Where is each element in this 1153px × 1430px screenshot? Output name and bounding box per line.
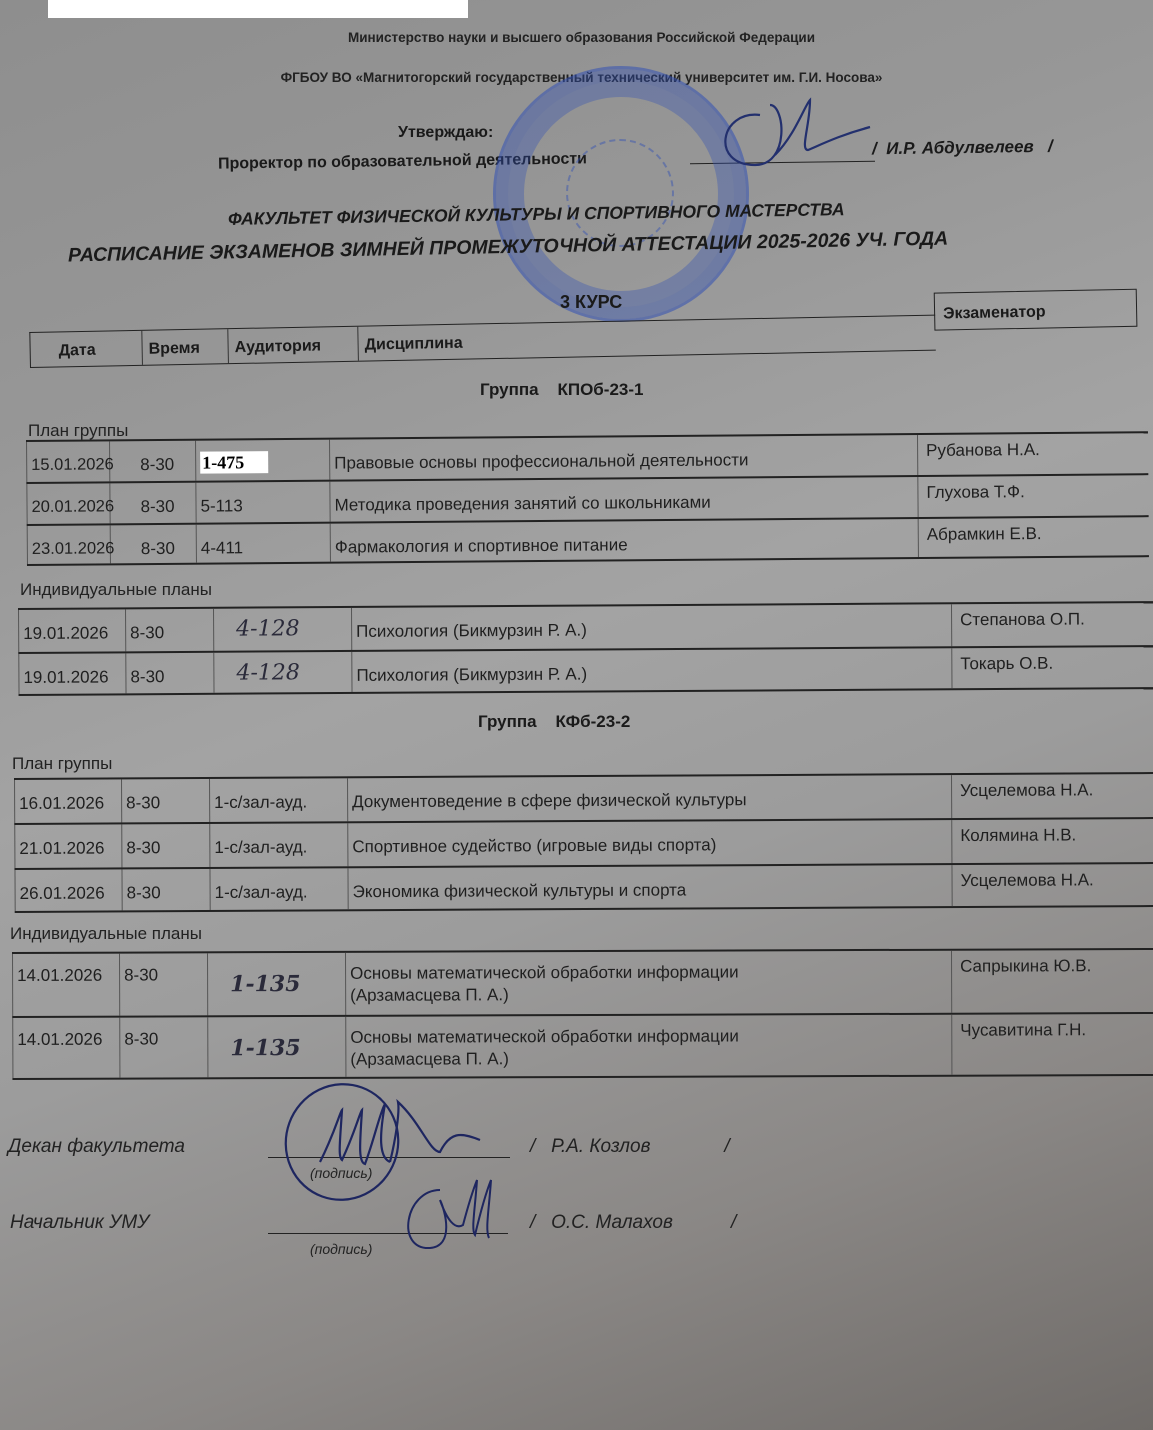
examiner-cell: Рубанова Н.А.: [918, 433, 1148, 475]
discipline-line-2: (Арзамасцева П. А.): [350, 1047, 947, 1071]
table-row: 26.01.2026 8-30 1-с/зал-ауд. Экономика ф…: [14, 862, 1153, 913]
table-row: 23.01.2026 8-30 4-411 Фармакология и спо…: [27, 515, 1149, 566]
table-row: 21.01.2026 8-30 1-с/зал-ауд. Спортивное …: [14, 817, 1153, 868]
prorector-title: Проректор по образовательной деятельност…: [218, 150, 587, 173]
time-cell: 8-30: [126, 653, 214, 694]
time-cell: 8-30: [120, 953, 208, 1015]
schedule-table-group1-individual: 19.01.2026 8-30 4-128 Психология (Бикмур…: [18, 601, 1153, 696]
discipline-cell: Методика проведения занятий со школьника…: [330, 477, 918, 522]
date-cell: 14.01.2026: [12, 1018, 120, 1078]
discipline-cell: Основы математической обработки информац…: [346, 951, 952, 1015]
time-cell: 8-30: [122, 779, 210, 822]
prorector-signature-line: [690, 161, 875, 165]
discipline-cell: Экономика физической культуры и спорта: [348, 865, 952, 909]
schedule-title: РАСПИСАНИЕ ЭКЗАМЕНОВ ЗИМНЕЙ ПРОМЕЖУТОЧНО…: [68, 228, 949, 268]
section-label: Индивидуальные планы: [10, 924, 202, 944]
umu-signature-caption: (подпись): [310, 1241, 372, 1257]
examiner-cell: Глухова Т.Ф.: [918, 475, 1148, 517]
dean-label: Декан факультета: [8, 1136, 185, 1158]
time-cell: 8-30: [120, 1017, 208, 1077]
discipline-line-1: Основы математической обработки информац…: [350, 1025, 947, 1049]
column-examiner: Экзаменатор: [934, 289, 1138, 331]
examiner-cell: Усцелемова Н.А.: [952, 774, 1153, 818]
group-title: Группа КПОб-23-1: [480, 380, 644, 400]
discipline-cell: Спортивное судейство (игровые виды спорт…: [348, 820, 952, 866]
table-row: 16.01.2026 8-30 1-с/зал-ауд. Документове…: [14, 772, 1153, 823]
examiner-cell: Усцелемова Н.А.: [952, 864, 1153, 906]
date-cell: 26.01.2026: [14, 869, 122, 911]
dean-name: / Р.А. Козлов /: [530, 1136, 730, 1158]
room-cell: 1-с/зал-ауд.: [210, 823, 348, 867]
column-date: Дата: [30, 331, 143, 367]
room-cell: 5-113: [196, 482, 330, 523]
examiner-cell: Сапрыкина Ю.В.: [952, 950, 1153, 1013]
room-cell-handwritten: 4-128: [214, 652, 352, 693]
discipline-cell: Правовые основы профессиональной деятель…: [330, 435, 918, 480]
approve-label: Утверждаю:: [398, 124, 493, 142]
room-cell-handwritten: 4-128: [214, 608, 352, 651]
schedule-table-group2-plan: 16.01.2026 8-30 1-с/зал-ауд. Документове…: [14, 772, 1153, 913]
umu-head-name: / О.С. Малахов /: [530, 1212, 736, 1234]
section-label: Индивидуальные планы: [20, 580, 212, 600]
date-cell: 15.01.2026: [26, 441, 110, 482]
discipline-cell: Фармакология и спортивное питание: [331, 519, 919, 562]
time-cell: 8-30: [126, 609, 214, 652]
room-value: 1-475: [200, 451, 268, 474]
group-title: Группа КФб-23-2: [478, 712, 630, 732]
ministry-heading: Министерство науки и высшего образования…: [5, 30, 1153, 45]
column-time: Время: [142, 329, 229, 365]
date-cell: 19.01.2026: [18, 609, 126, 652]
redacted-area: [48, 0, 468, 18]
table-column-header: Дата Время Аудитория Дисциплина Экзамена…: [29, 289, 1138, 368]
prorector-name: / И.Р. Абдулвелеев /: [872, 137, 1053, 160]
table-row: 19.01.2026 8-30 4-128 Психология (Бикмур…: [18, 601, 1153, 652]
room-cell-handwritten: 1-135: [208, 1017, 346, 1077]
dean-signature-icon: [280, 1082, 520, 1212]
date-cell: 19.01.2026: [18, 653, 126, 694]
section-label: План группы: [12, 754, 112, 774]
table-row: 14.01.2026 8-30 1-135 Основы математичес…: [12, 948, 1153, 1016]
discipline-line-2: (Арзамасцева П. А.): [350, 983, 947, 1007]
discipline-cell: Документоведение в сфере физической куль…: [348, 775, 952, 821]
table-row: 19.01.2026 8-30 4-128 Психология (Бикмур…: [18, 645, 1153, 696]
examiner-cell: Степанова О.П.: [952, 603, 1153, 646]
date-cell: 23.01.2026: [27, 525, 111, 564]
room-cell-handwritten: 1-135: [208, 953, 346, 1015]
time-cell: 8-30: [110, 441, 196, 482]
room-cell: 1-с/зал-ауд.: [210, 778, 348, 822]
time-cell: 8-30: [111, 525, 197, 564]
room-cell: 4-411: [197, 524, 331, 563]
discipline-cell: Психология (Бикмурзин Р. А.): [352, 648, 952, 692]
umu-signature-line: [268, 1233, 508, 1234]
dean-signature-line: [268, 1157, 510, 1158]
column-room: Аудитория: [228, 327, 359, 363]
room-cell: 1-475: [196, 440, 330, 481]
discipline-line-1: Основы математической обработки информац…: [350, 961, 947, 985]
dean-signature-caption: (подпись): [310, 1165, 372, 1181]
discipline-cell: Основы математической обработки информац…: [346, 1015, 952, 1077]
time-cell: 8-30: [110, 483, 196, 524]
university-heading: ФГБОУ ВО «Магнитогорский государственный…: [5, 70, 1153, 85]
room-cell: 1-с/зал-ауд.: [210, 868, 348, 910]
examiner-cell: Чусавитина Г.Н.: [952, 1014, 1153, 1075]
official-stamp-icon: [493, 66, 749, 322]
examiner-cell: Колямина Н.В.: [952, 819, 1153, 863]
time-cell: 8-30: [122, 824, 210, 867]
date-cell: 20.01.2026: [26, 483, 110, 524]
date-cell: 16.01.2026: [14, 779, 122, 823]
umu-head-label: Начальник УМУ: [10, 1212, 149, 1234]
table-row: 14.01.2026 8-30 1-135 Основы математичес…: [12, 1012, 1153, 1080]
faculty-heading: ФАКУЛЬТЕТ ФИЗИЧЕСКОЙ КУЛЬТУРЫ И СПОРТИВН…: [228, 199, 845, 230]
examiner-cell: Токарь О.В.: [952, 647, 1153, 688]
date-cell: 21.01.2026: [14, 824, 122, 868]
schedule-table-group2-individual: 14.01.2026 8-30 1-135 Основы математичес…: [12, 948, 1153, 1080]
date-cell: 14.01.2026: [12, 954, 120, 1016]
section-label: План группы: [28, 421, 128, 441]
examiner-cell: Абрамкин Е.В.: [919, 517, 1149, 557]
column-discipline: Дисциплина: [358, 316, 936, 361]
umu-signature-icon: [385, 1170, 505, 1270]
schedule-table-group1-plan: 15.01.2026 8-30 1-475 Правовые основы пр…: [26, 431, 1149, 566]
discipline-cell: Психология (Бикмурзин Р. А.): [352, 604, 952, 650]
time-cell: 8-30: [122, 869, 210, 910]
